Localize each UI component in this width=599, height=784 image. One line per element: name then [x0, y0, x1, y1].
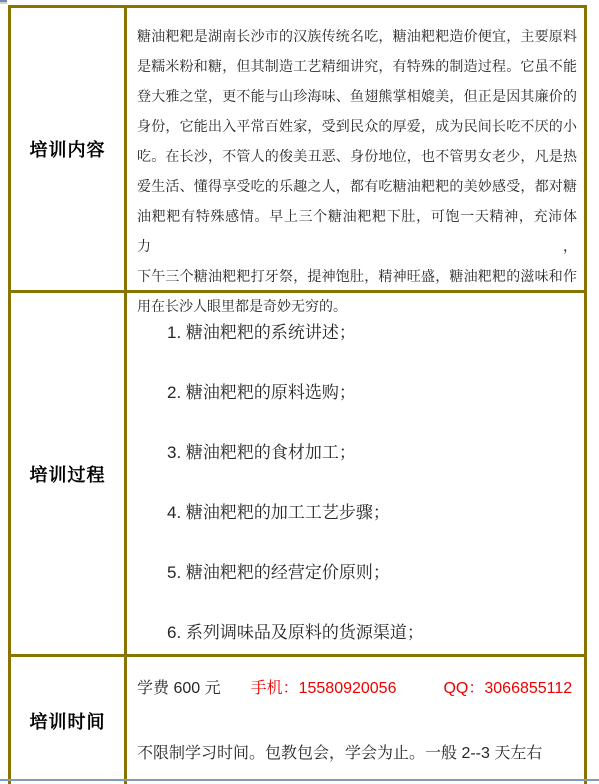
paragraph-line: 吃。在长沙，不管人的俊美丑恶、身份地位，也不管男女老少，凡是热	[137, 141, 577, 171]
training-process-label: 培训过程	[30, 461, 106, 487]
tuition-fee-text: 学费 600 元	[137, 675, 221, 698]
phone-number-text: 手机：15580920056	[251, 675, 397, 698]
paragraph-line: 爱生活、懂得享受吃的乐趣之人，都有吃糖油粑粑的美妙感受，都对糖	[137, 171, 577, 201]
paragraph-line: 登大雅之堂，更不能与山珍海味、鱼翅熊掌相媲美，但正是因其廉价的	[137, 81, 577, 111]
table-row-training-time: 培训时间 学费 600 元 手机：15580920056 QQ：30668551…	[11, 657, 584, 784]
label-cell-training-process: 培训过程	[11, 293, 127, 654]
training-content-body: 糖油粑粑是湖南长沙市的汉族传统名吃，糖油粑粑造价便宜，主要原料 是糯米粉和糖，但…	[127, 8, 584, 290]
paragraph-line: 身份，它能出入平常百姓家，受到民众的厚爱，成为民间长吃不厌的小	[137, 111, 577, 141]
table-row-training-process: 培训过程 1. 糖油粑粑的系统讲述； 2. 糖油粑粑的原料选购； 3. 糖油粑粑…	[11, 293, 584, 657]
training-content-label: 培训内容	[30, 136, 106, 162]
paragraph-line: 是糯米粉和糖，但其制造工艺精细讲究，有特殊的制造过程。它虽不能	[137, 51, 577, 81]
screen-edge-artifact	[0, 0, 7, 4]
process-step-item: 2. 糖油粑粑的原料选购；	[167, 383, 578, 403]
paragraph-line: 油粑粑有特殊感情。早上三个糖油粑粑下肚，可饱一天精神，充沛体力，	[137, 201, 577, 261]
process-step-item: 5. 糖油粑粑的经营定价原则；	[167, 563, 578, 583]
label-cell-training-content: 培训内容	[11, 8, 127, 290]
qq-number-text: QQ：3066855112	[443, 675, 572, 698]
paragraph-line: 糖油粑粑是湖南长沙市的汉族传统名吃，糖油粑粑造价便宜，主要原料	[137, 21, 577, 51]
page: { "colors": { "border": "#8a7400", "text…	[0, 0, 599, 784]
training-info-table: 培训内容 糖油粑粑是湖南长沙市的汉族传统名吃，糖油粑粑造价便宜，主要原料 是糯米…	[8, 5, 587, 784]
label-cell-training-time: 培训时间	[11, 657, 127, 784]
training-time-body: 学费 600 元 手机：15580920056 QQ：3066855112 不限…	[127, 657, 584, 784]
paragraph-line: 下午三个糖油粑粑打牙祭，提神饱肚，精神旺盛，糖油粑粑的滋味和作	[137, 261, 577, 291]
process-step-item: 6. 系列调味品及原料的货源渠道；	[167, 623, 578, 643]
training-process-body: 1. 糖油粑粑的系统讲述； 2. 糖油粑粑的原料选购； 3. 糖油粑粑的食材加工…	[127, 293, 584, 654]
window-edge-line	[0, 779, 599, 781]
process-step-item: 3. 糖油粑粑的食材加工；	[167, 443, 578, 463]
fee-contact-line: 学费 600 元 手机：15580920056 QQ：3066855112	[137, 675, 578, 698]
training-duration-note: 不限制学习时间。包教包会，学会为止。一般 2--3 天左右	[137, 740, 578, 763]
table-row-training-content: 培训内容 糖油粑粑是湖南长沙市的汉族传统名吃，糖油粑粑造价便宜，主要原料 是糯米…	[11, 8, 584, 293]
process-step-item: 4. 糖油粑粑的加工工艺步骤；	[167, 503, 578, 523]
training-time-label: 培训时间	[30, 708, 106, 734]
process-step-item: 1. 糖油粑粑的系统讲述；	[167, 323, 578, 343]
